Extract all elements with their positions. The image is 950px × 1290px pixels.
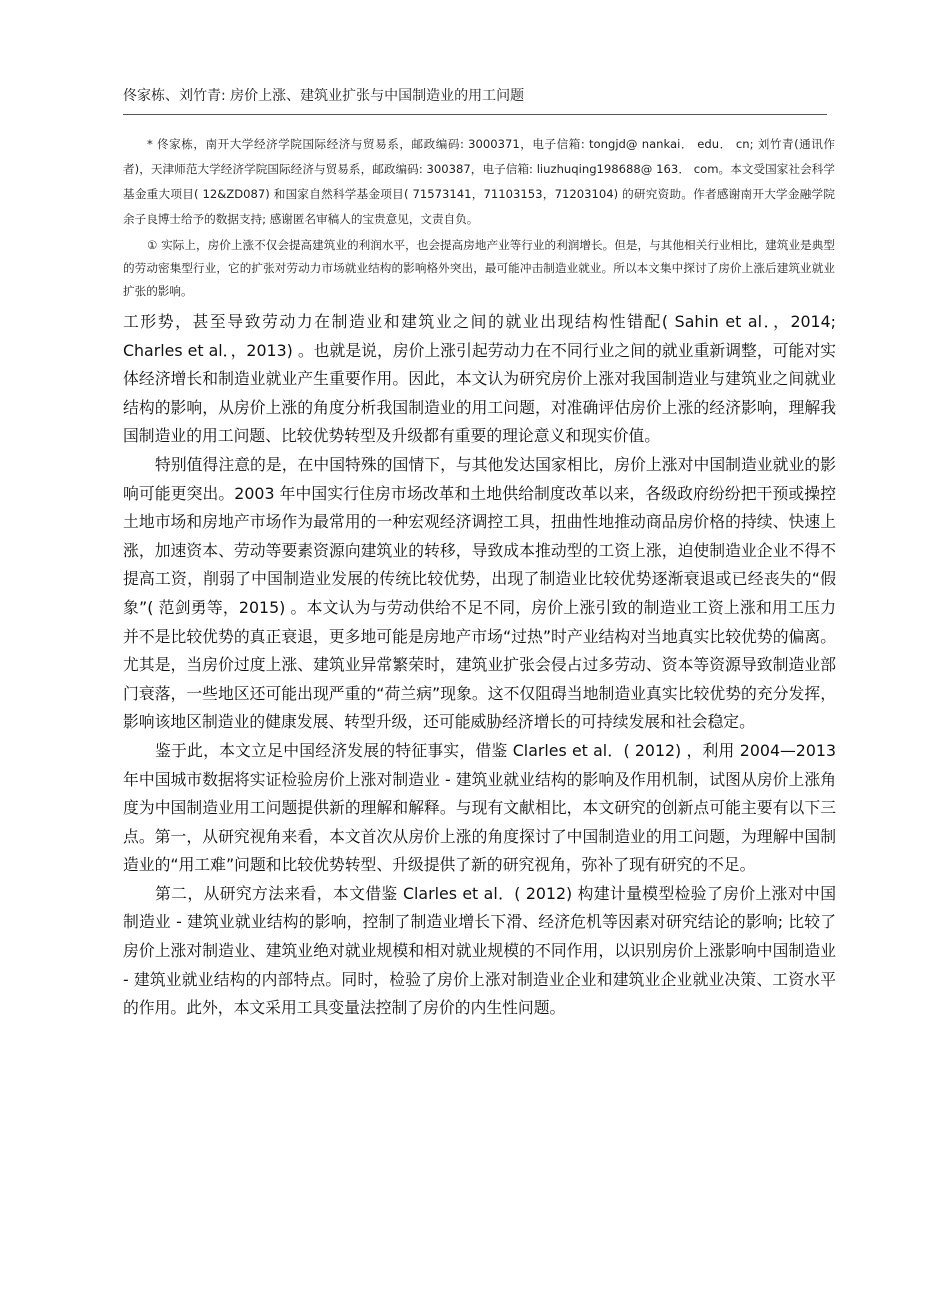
- body-text: 工形势，甚至导致劳动力在制造业和建筑业之间的就业出现结构性错配( Sahin e…: [123, 308, 836, 1023]
- header-divider: [123, 114, 827, 115]
- footnote-author-info: * 佟家栋，南开大学经济学院国际经济与贸易系，邮政编码: 3000371，电子信…: [123, 132, 835, 232]
- footnotes-section: * 佟家栋，南开大学经济学院国际经济与贸易系，邮政编码: 3000371，电子信…: [123, 132, 835, 303]
- document-page: 佟家栋、刘竹青: 房价上涨、建筑业扩张与中国制造业的用工问题 * 佟家栋，南开大…: [0, 0, 950, 1290]
- paragraph-contribution-1: 鉴于此，本文立足中国经济发展的特征事实，借鉴 Clarles et al．( 2…: [123, 737, 836, 880]
- paragraph-contribution-2: 第二，从研究方法来看，本文借鉴 Clarles et al．( 2012) 构建…: [123, 880, 836, 1023]
- running-header-title: 佟家栋、刘竹青: 房价上涨、建筑业扩张与中国制造业的用工问题: [123, 86, 524, 106]
- footnote-1: ① 实际上，房价上涨不仅会提高建筑业的利润水平，也会提高房地产业等行业的利润增长…: [123, 234, 835, 303]
- paragraph-china-context: 特别值得注意的是，在中国特殊的国情下，与其他发达国家相比，房价上涨对中国制造业就…: [123, 451, 836, 737]
- paragraph-continuation: 工形势，甚至导致劳动力在制造业和建筑业之间的就业出现结构性错配( Sahin e…: [123, 308, 836, 451]
